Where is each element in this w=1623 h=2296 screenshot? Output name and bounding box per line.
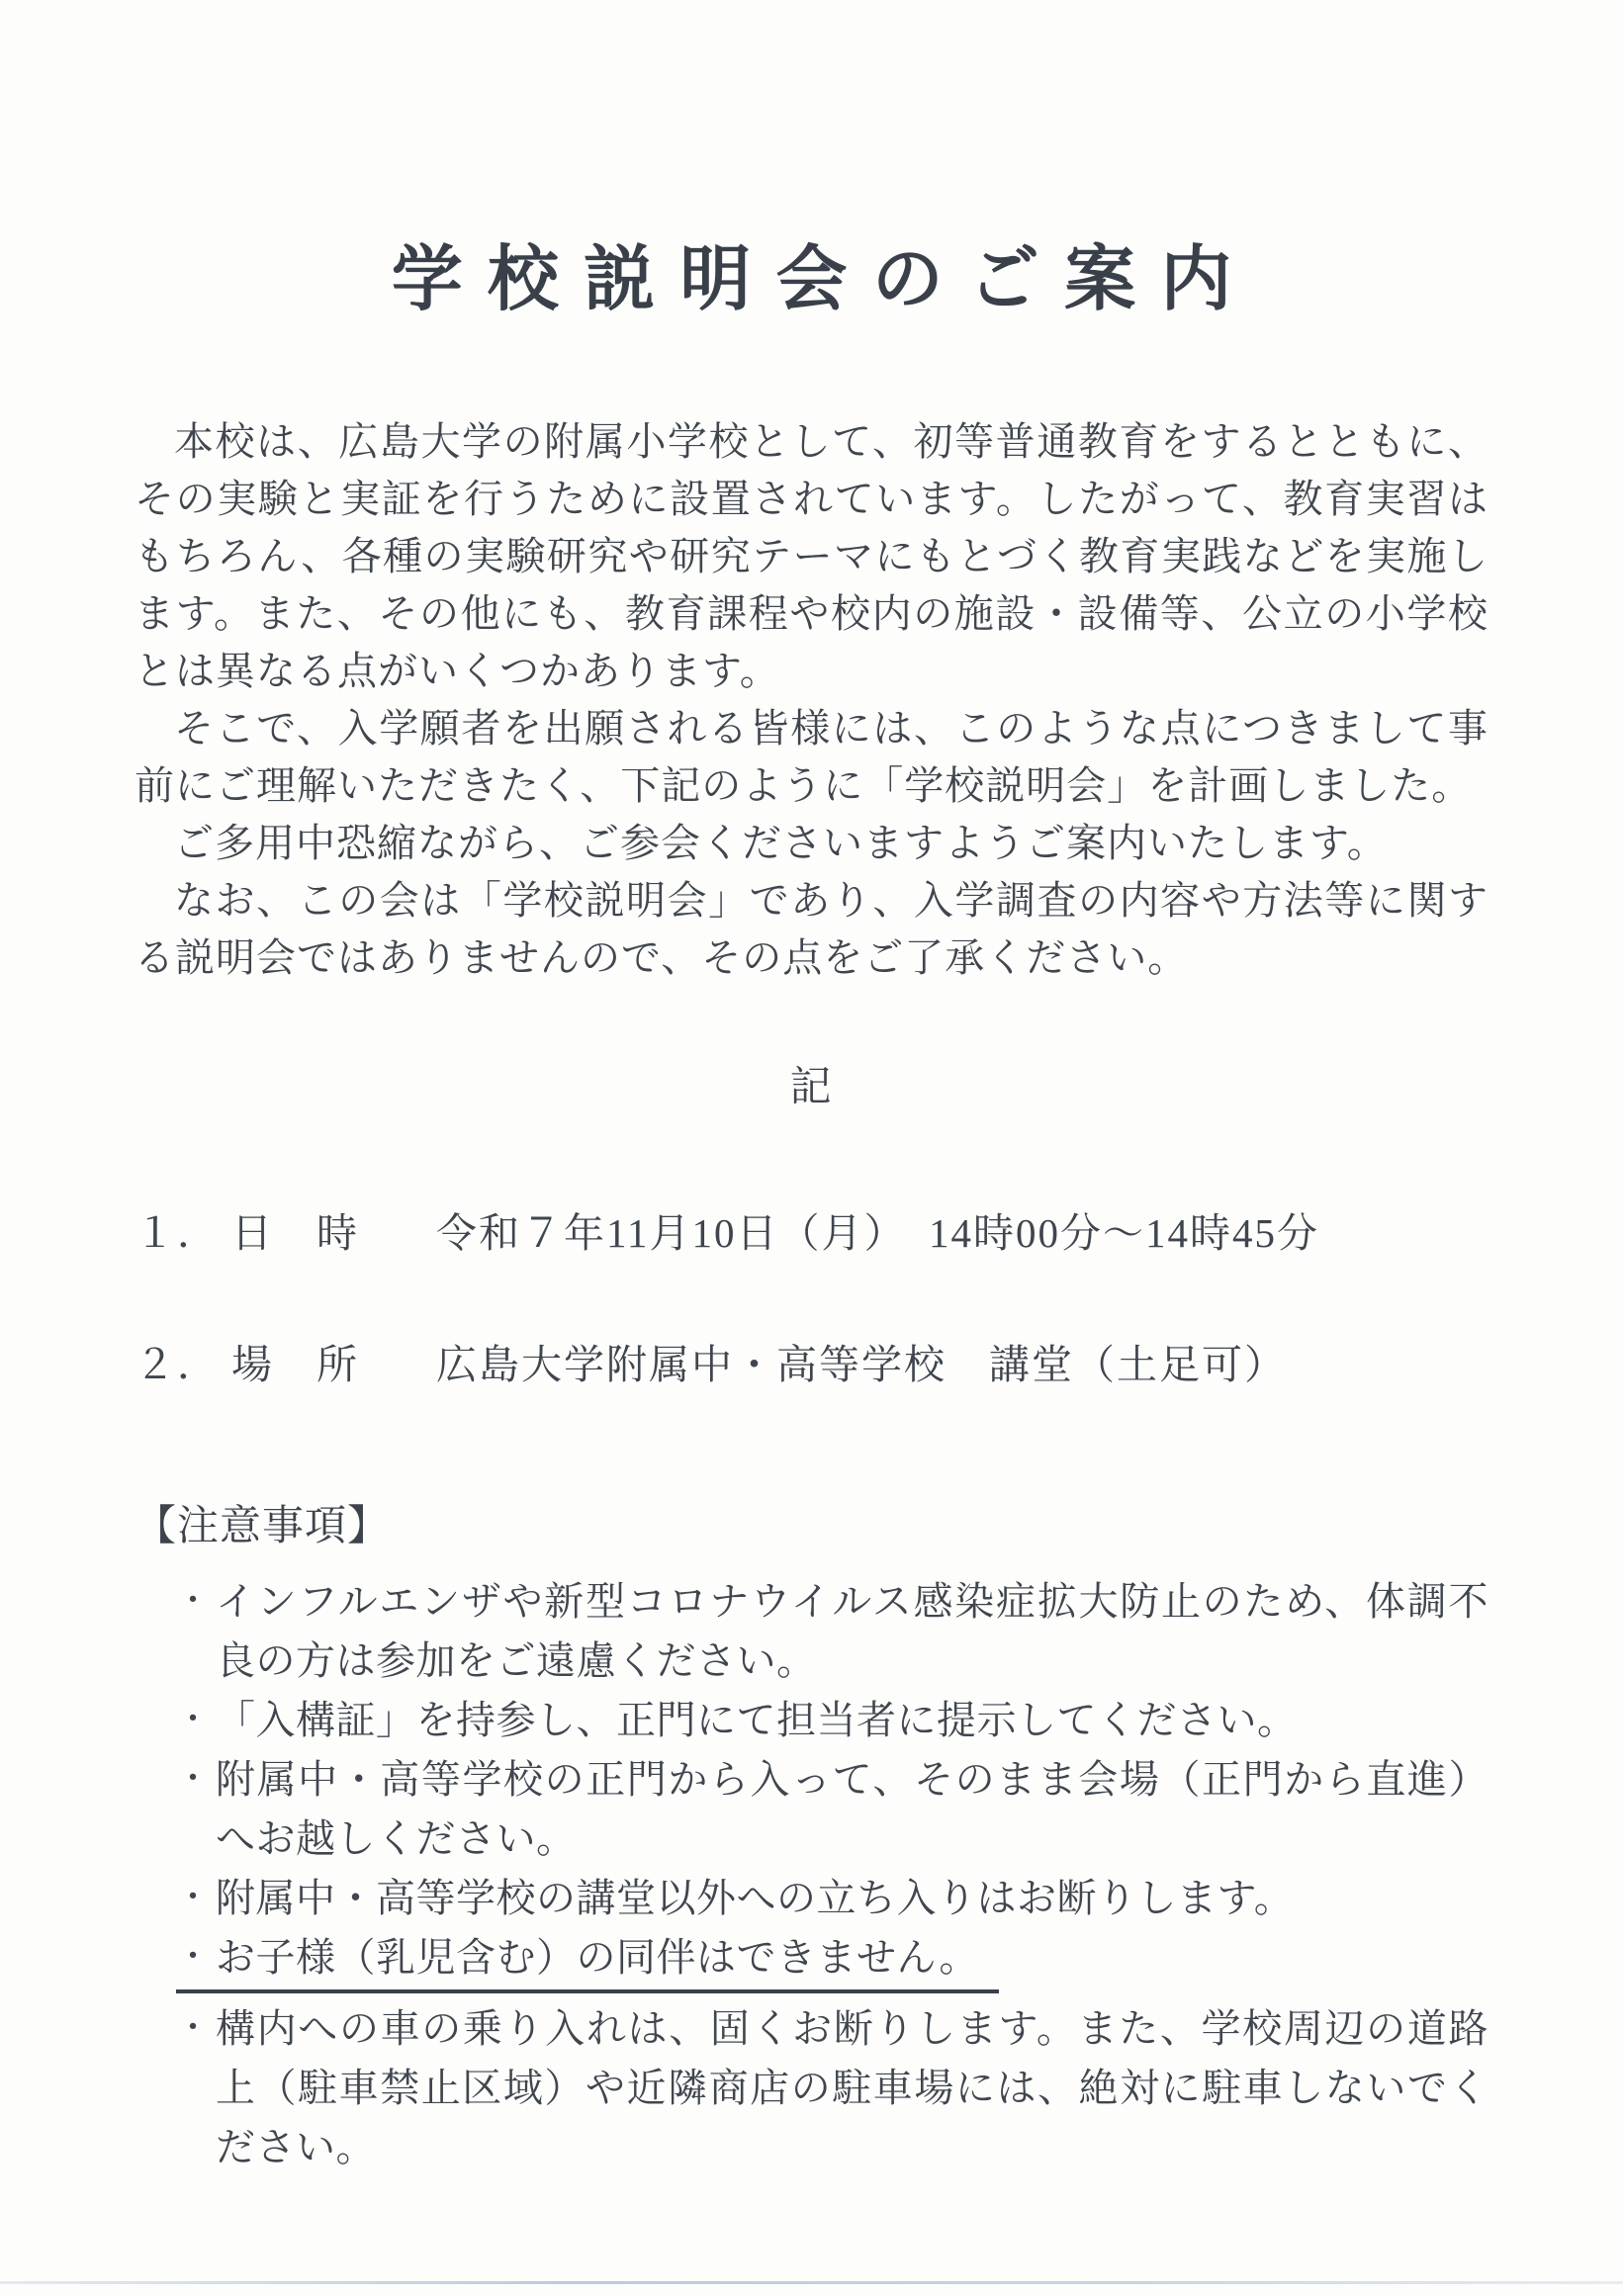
intro-section: 本校は、広島大学の附属小学校として、初等普通教育をするとともに、その実験と実証を… — [135, 413, 1488, 987]
bullet-icon: ・ — [176, 1869, 216, 1928]
note-item-entry-pass: ・ 「入構証」を持参し、正門にて担当者に提示してください。 — [176, 1691, 1488, 1750]
document-content: 学校説明会のご案内 本校は、広島大学の附属小学校として、初等普通教育をするととも… — [0, 0, 1623, 2177]
detail-value-place: 広島大学附属中・高等学校 講堂（土足可） — [436, 1332, 1287, 1390]
detail-value-datetime: 令和７年11月10日（月） 14時00分～14時45分 — [436, 1200, 1319, 1259]
note-item-no-children: ・ お子様（乳児含む）の同伴はできません。 — [176, 1928, 999, 1993]
bullet-icon: ・ — [176, 1691, 216, 1750]
scanned-document-page: 学校説明会のご案内 本校は、広島大学の附属小学校として、初等普通教育をするととも… — [0, 0, 1623, 2296]
bullet-icon: ・ — [176, 1999, 216, 2059]
notes-list: ・ インフルエンザや新型コロナウイルス感染症拡大防止のため、体調不良の方は参加を… — [135, 1572, 1488, 2177]
note-text: 附属中・高等学校の正門から入って、そのまま会場（正門から直進）へお越しください。 — [216, 1750, 1488, 1869]
detail-row-place: ２． 場 所 広島大学附属中・高等学校 講堂（土足可） — [135, 1332, 1488, 1390]
note-text: インフルエンザや新型コロナウイルス感染症拡大防止のため、体調不良の方は参加をご遠… — [216, 1572, 1488, 1691]
notes-section: 【注意事項】 ・ インフルエンザや新型コロナウイルス感染症拡大防止のため、体調不… — [135, 1493, 1488, 2177]
intro-paragraph-1: 本校は、広島大学の附属小学校として、初等普通教育をするとともに、その実験と実証を… — [135, 413, 1488, 700]
detail-number: ２． — [135, 1332, 220, 1390]
intro-paragraph-2: そこで、入学願者を出願される皆様には、このような点につきまして事前にご理解いただ… — [135, 700, 1488, 815]
note-text: お子様（乳児含む）の同伴はできません。 — [216, 1928, 979, 1987]
bullet-icon: ・ — [176, 1928, 216, 1987]
note-item-no-cars: ・ 構内への車の乗り入れは、固くお断りします。また、学校周辺の道路上（駐車禁止区… — [176, 1999, 1488, 2177]
scan-artifact-line — [0, 2281, 1623, 2284]
bullet-icon: ・ — [176, 1572, 216, 1632]
notes-heading: 【注意事項】 — [135, 1493, 1488, 1552]
intro-paragraph-3: ご多用中恐縮ながら、ご参会くださいますようご案内いたします。 — [135, 815, 1488, 872]
note-item-main-gate: ・ 附属中・高等学校の正門から入って、そのまま会場（正門から直進）へお越しくださ… — [176, 1750, 1488, 1869]
note-item-illness: ・ インフルエンザや新型コロナウイルス感染症拡大防止のため、体調不良の方は参加を… — [176, 1572, 1488, 1691]
note-text: 構内への車の乗り入れは、固くお断りします。また、学校周辺の道路上（駐車禁止区域）… — [216, 1999, 1488, 2177]
document-title: 学校説明会のご案内 — [135, 0, 1488, 324]
details-section: １． 日 時 令和７年11月10日（月） 14時00分～14時45分 ２． 場 … — [135, 1200, 1488, 1390]
note-item-no-entry: ・ 附属中・高等学校の講堂以外への立ち入りはお断りします。 — [176, 1869, 1488, 1928]
note-text: 「入構証」を持参し、正門にて担当者に提示してください。 — [216, 1691, 1488, 1750]
detail-row-datetime: １． 日 時 令和７年11月10日（月） 14時00分～14時45分 — [135, 1200, 1488, 1259]
detail-label-datetime: 日 時 — [231, 1200, 359, 1259]
record-marker: 記 — [135, 1054, 1488, 1113]
detail-label-place: 場 所 — [231, 1332, 359, 1390]
detail-number: １． — [135, 1200, 220, 1259]
intro-paragraph-4: なお、この会は「学校説明会」であり、入学調査の内容や方法等に関する説明会ではあり… — [135, 872, 1488, 987]
bullet-icon: ・ — [176, 1750, 216, 1810]
note-text: 附属中・高等学校の講堂以外への立ち入りはお断りします。 — [216, 1869, 1488, 1928]
